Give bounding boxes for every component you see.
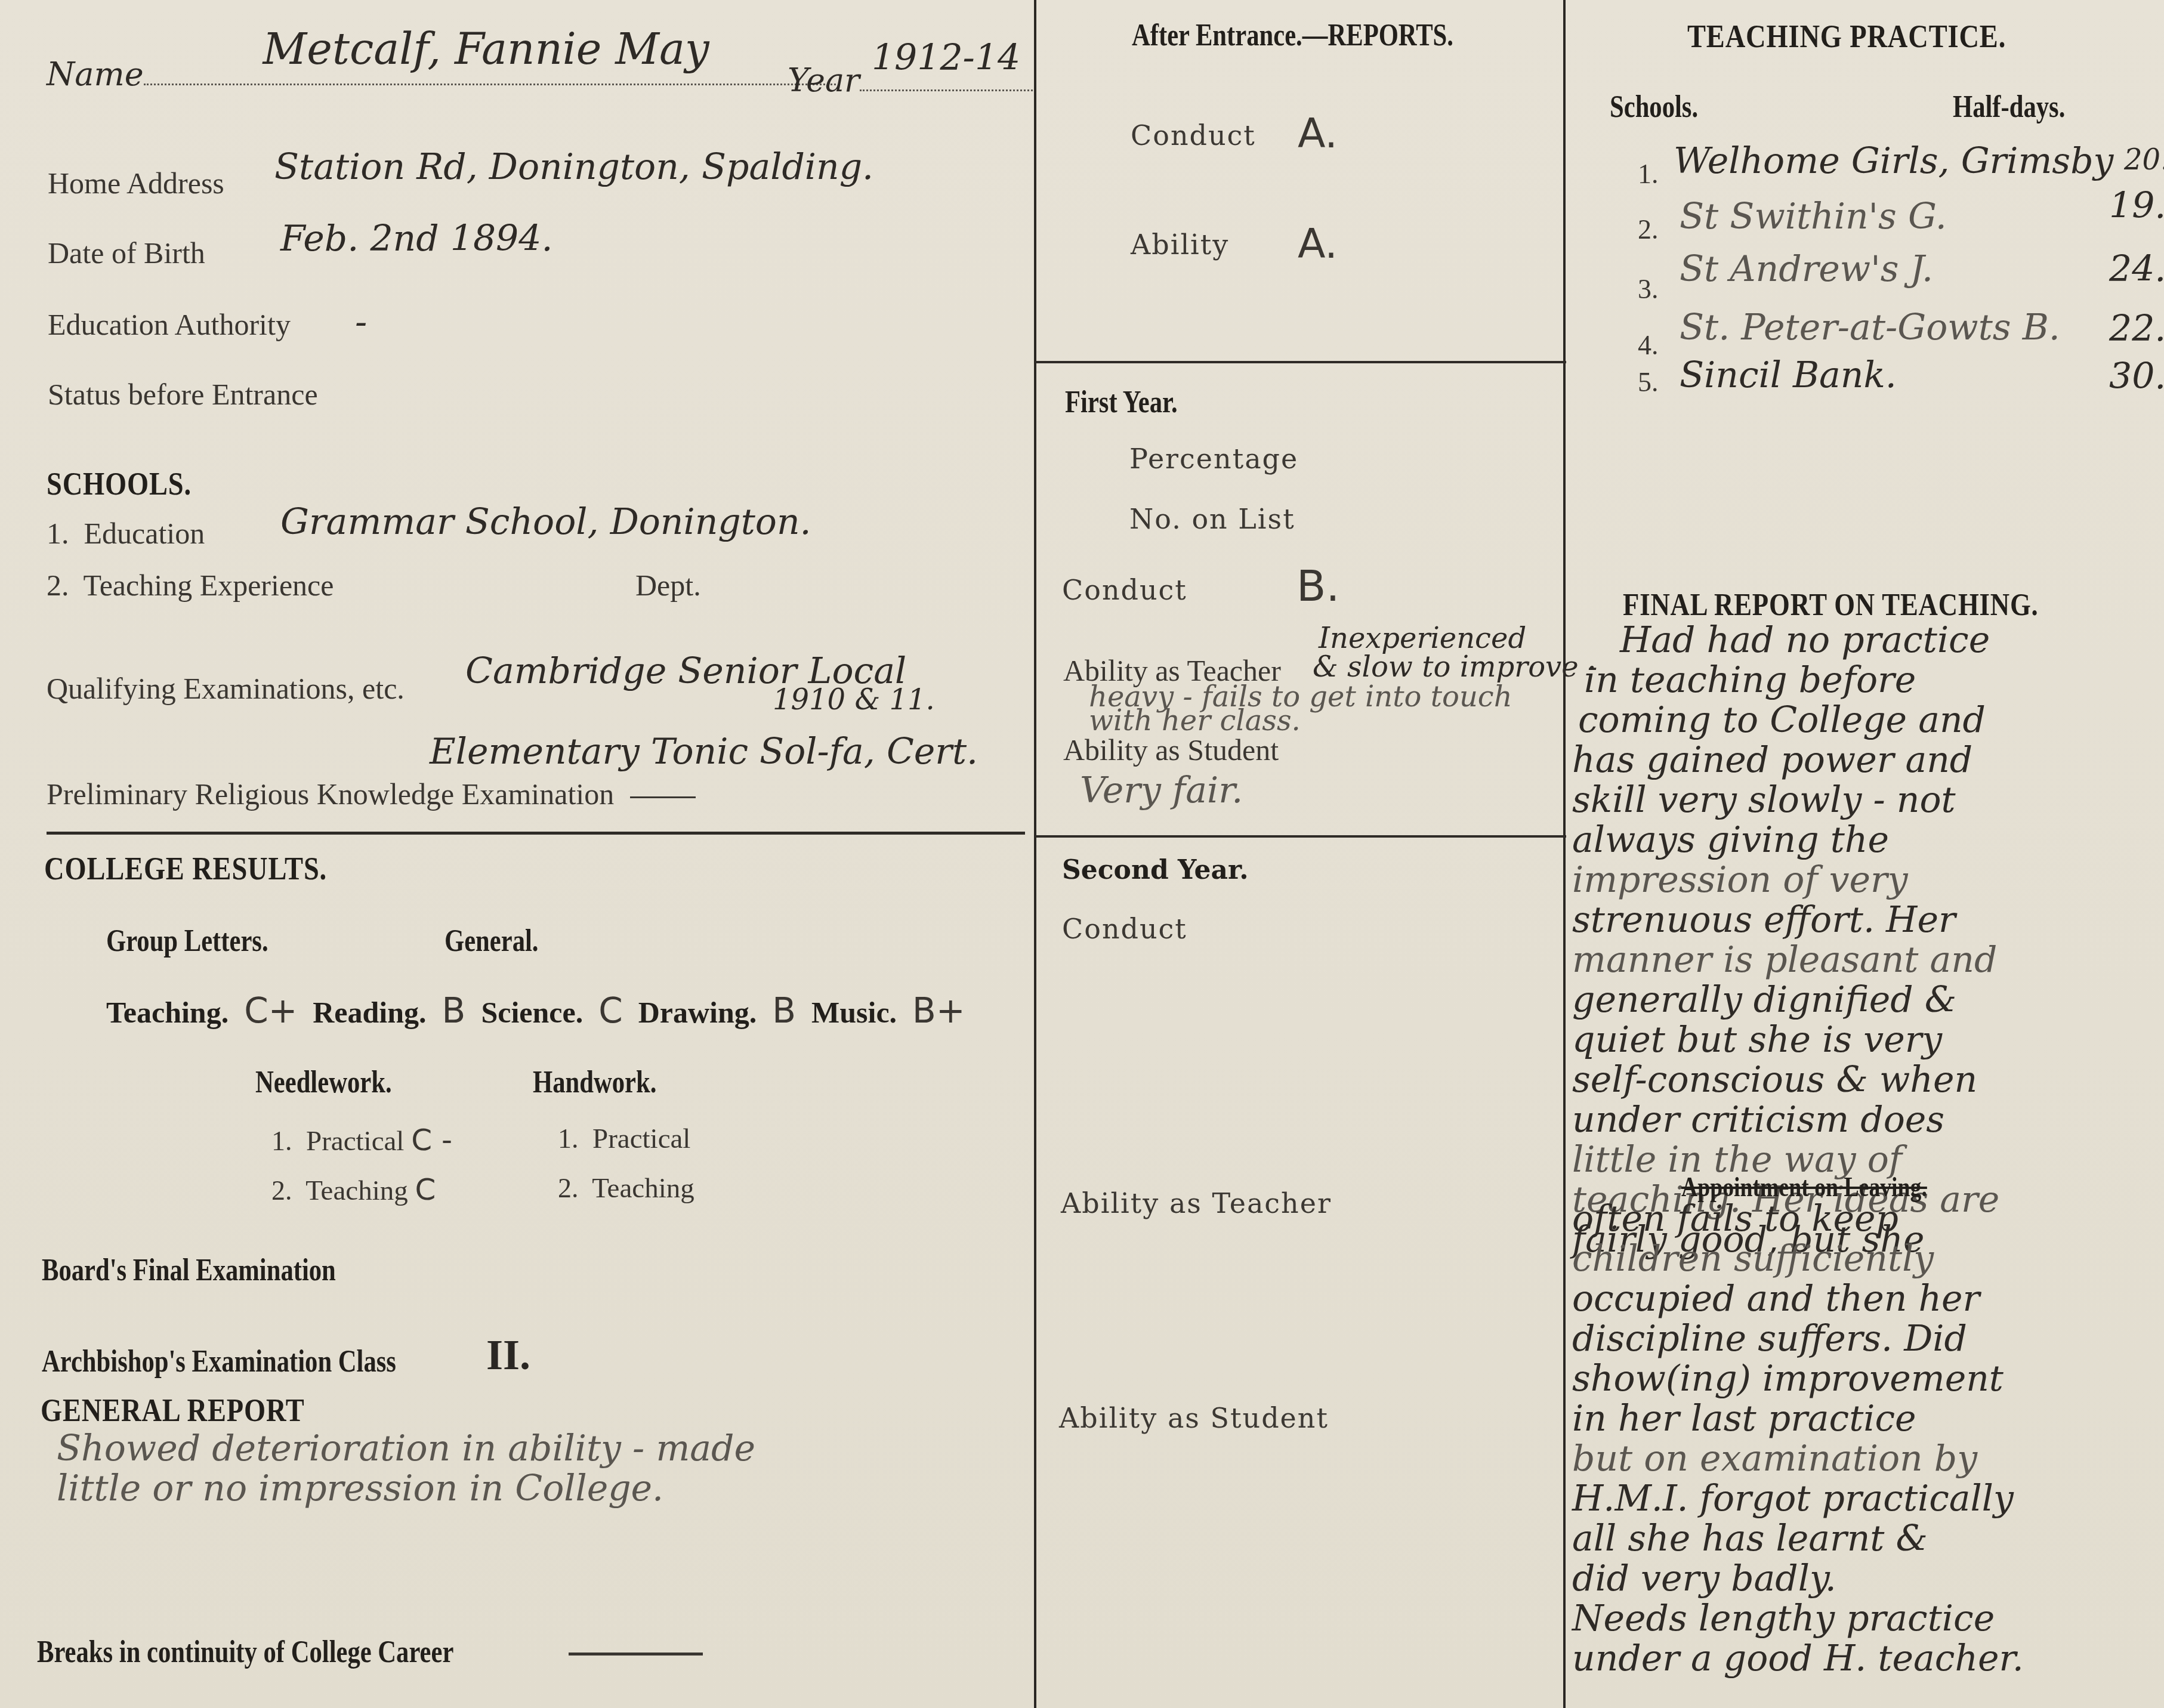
teaching-experience-row: 2. Teaching Experience: [47, 568, 334, 603]
record-card: NameMetcalf, Fannie May Year1912-14 Home…: [0, 0, 2164, 1708]
general-report-line-2: little or no impression in College.: [57, 1469, 755, 1509]
fy-student-value: Very fair.: [1080, 770, 1243, 811]
qualifying-value-1b: 1910 & 11.: [773, 683, 935, 716]
final-report-line: discipline suffers. Did: [1572, 1319, 2160, 1359]
needlework-practical-grade: C -: [411, 1123, 452, 1157]
needlework-teaching-grade: C: [415, 1172, 436, 1207]
teaching-experience-label: Teaching Experience: [84, 569, 334, 602]
needlework-teaching-label: Teaching: [305, 1175, 408, 1206]
sy-teacher-label: Ability as Teacher: [1061, 1187, 1332, 1219]
practice-school: Welhome Girls, Grimsby: [1674, 140, 2113, 182]
subject-teaching-grade: C+: [244, 990, 297, 1031]
final-report-line: in her last practice: [1572, 1399, 2160, 1439]
dept-label: Dept.: [635, 568, 701, 603]
sy-student-label: Ability as Student: [1059, 1402, 1329, 1434]
dob-value: Feb. 2nd 1894.: [280, 218, 552, 260]
practice-row: 5. Sincil Bank. 30.: [1638, 348, 2163, 396]
final-report-line: did very badly.: [1572, 1559, 2160, 1599]
home-address-label: Home Address: [48, 166, 224, 200]
final-report-line: always giving the: [1572, 820, 2160, 860]
practice-school: St. Peter-at-Gowts B.: [1680, 307, 2060, 348]
final-report-heading: FINAL REPORT ON TEACHING.: [1623, 588, 2039, 623]
practice-num: 5.: [1638, 366, 1659, 398]
subject-drawing-grade: B: [772, 990, 796, 1031]
final-report-line: self-conscious & when: [1572, 1060, 2160, 1100]
qualifying-value-2: Elementary Tonic Sol-fa, Cert.: [430, 731, 978, 773]
practice-half-days: 20.: [2124, 143, 2164, 177]
teaching-practice-heading: TEACHING PRACTICE.: [1687, 18, 2006, 55]
fy-teacher-value-1: & slow to improve -: [1313, 650, 1597, 684]
education-authority-label: Education Authority: [48, 307, 291, 342]
boards-final-label: Board's Final Examination: [42, 1253, 336, 1288]
religious-row: Preliminary Religious Knowledge Examinat…: [47, 777, 696, 811]
final-report-text-continued: often fails to keep children sufficientl…: [1572, 1199, 2160, 1679]
breaks-row: Breaks in continuity of College Career: [37, 1635, 453, 1670]
subject-grades-row: Teaching. C+ Reading. B Science. C Drawi…: [106, 990, 965, 1031]
needlework-practical-row: 1. Practical C -: [271, 1123, 452, 1157]
teaching-experience-num: 2.: [47, 569, 69, 602]
subject-drawing-label: Drawing.: [638, 995, 757, 1030]
final-report-line: in teaching before: [1572, 660, 2160, 700]
final-report-line: occupied and then her: [1572, 1279, 2160, 1319]
subject-music-grade: B+: [912, 990, 965, 1031]
practice-half-days: 22.: [2109, 308, 2164, 350]
group-letters-label: Group Letters.: [106, 924, 268, 959]
handwork-teaching-row: 2. Teaching: [558, 1172, 694, 1204]
needlework-teaching-num: 2.: [271, 1175, 292, 1206]
final-report-line: coming to College and: [1572, 700, 2160, 740]
practice-num: 2.: [1638, 214, 1659, 245]
handwork-practical-row: 1. Practical: [558, 1123, 690, 1155]
practice-row: 2. St Swithin's G. 19.: [1638, 196, 2163, 248]
education-row: 1. Education: [47, 516, 205, 551]
final-report-line: has gained power and: [1572, 740, 2160, 780]
left-section-divider: [47, 832, 1025, 835]
fy-conduct-value: B.: [1296, 561, 1339, 611]
entrance-conduct-value: A.: [1298, 110, 1338, 157]
practice-num: 1.: [1638, 158, 1659, 190]
name-label: Name: [47, 55, 144, 93]
subject-reading-label: Reading.: [313, 995, 426, 1030]
handwork-practical-label: Practical: [592, 1123, 690, 1154]
year-field: 1912-14: [860, 60, 1033, 91]
schools-heading: SCHOOLS.: [47, 465, 192, 502]
general-report-heading: GENERAL REPORT: [41, 1392, 305, 1429]
entrance-conduct-label: Conduct: [1131, 119, 1256, 152]
breaks-label: Breaks in continuity of College Career: [37, 1635, 453, 1669]
final-report-line: impression of very: [1572, 860, 2160, 900]
handwork-teaching-num: 2.: [558, 1173, 579, 1203]
final-report-line: but on examination by: [1572, 1439, 2160, 1479]
general-report-text: Showed deterioration in ability - made l…: [57, 1429, 755, 1509]
final-report-line: H.M.I. forgot practically: [1572, 1479, 2160, 1519]
practice-half-days: 24.: [2109, 248, 2164, 290]
handwork-practical-num: 1.: [558, 1123, 579, 1154]
subject-teaching-label: Teaching.: [106, 995, 229, 1030]
middle-divider-1: [1035, 361, 1566, 363]
year-row: Year1912-14: [788, 60, 1033, 99]
first-year-heading: First Year.: [1065, 385, 1178, 420]
practice-row: 1. Welhome Girls, Grimsby 20.: [1638, 143, 2163, 196]
middle-divider-2: [1035, 835, 1566, 838]
needlework-label: Needlework.: [255, 1065, 392, 1100]
subject-music-label: Music.: [811, 995, 897, 1030]
fy-conduct-label: Conduct: [1062, 574, 1187, 606]
practice-school: Sincil Bank.: [1680, 354, 1897, 396]
practice-half-days: 19.: [2109, 185, 2164, 227]
archbishop-value: II.: [486, 1330, 530, 1380]
schools-column-label: Schools.: [1610, 89, 1698, 125]
teaching-practice-list: 1. Welhome Girls, Grimsby 20. 2. St Swit…: [1638, 143, 2163, 396]
practice-row: 4. St. Peter-at-Gowts B. 22.: [1638, 301, 2163, 348]
religious-label: Preliminary Religious Knowledge Examinat…: [47, 777, 614, 811]
home-address-value: Station Rd, Donington, Spalding.: [274, 146, 873, 188]
practice-school: St Andrew's J.: [1680, 248, 1933, 290]
religious-dash: [630, 796, 696, 798]
final-report-line: quiet but she is very: [1572, 1020, 2160, 1060]
entrance-ability-label: Ability: [1131, 228, 1229, 261]
final-report-line: skill very slowly - not: [1572, 780, 2160, 820]
education-value: Grammar School, Donington.: [280, 501, 811, 543]
year-label: Year: [788, 61, 860, 99]
breaks-dash: [569, 1653, 703, 1656]
needlework-teaching-row: 2. Teaching C: [271, 1172, 436, 1207]
name-field: Metcalf, Fannie May: [144, 48, 836, 85]
needlework-practical-label: Practical: [306, 1126, 404, 1157]
practice-half-days: 30.: [2109, 356, 2164, 397]
final-report-line: all she has learnt &: [1572, 1519, 2160, 1559]
final-report-text: Had had no practice in teaching before c…: [1572, 620, 2160, 1260]
final-report-line: manner is pleasant and: [1572, 940, 2160, 980]
final-report-line: Had had no practice: [1572, 620, 2160, 660]
education-num: 1.: [47, 517, 69, 550]
subject-science-label: Science.: [481, 995, 583, 1030]
archbishop-label: Archbishop's Examination Class: [42, 1344, 396, 1379]
general-report-line-1: Showed deterioration in ability - made: [57, 1429, 755, 1469]
college-results-heading: COLLEGE RESULTS.: [44, 850, 327, 887]
dob-label: Date of Birth: [48, 236, 205, 270]
entrance-ability-value: A.: [1298, 221, 1338, 268]
subject-reading-grade: B: [442, 990, 466, 1031]
no-on-list-label: No. on List: [1129, 503, 1295, 535]
handwork-label: Handwork.: [533, 1065, 656, 1100]
education-authority-value: -: [355, 301, 367, 343]
final-report-line: often fails to keep: [1572, 1199, 2160, 1239]
year-value: 1912-14: [872, 37, 1020, 79]
reports-heading: After Entrance.—REPORTS.: [1132, 18, 1453, 53]
percentage-label: Percentage: [1129, 443, 1298, 475]
status-label: Status before Entrance: [48, 377, 318, 412]
practice-school: St Swithin's G.: [1680, 196, 1947, 237]
second-year-heading: Second Year.: [1062, 855, 1249, 885]
name-value: Metcalf, Fannie May: [263, 24, 709, 74]
handwork-teaching-label: Teaching: [592, 1173, 694, 1204]
final-report-line: children sufficiently: [1572, 1239, 2160, 1279]
half-days-column-label: Half-days.: [1953, 89, 2065, 125]
column-divider-right: [1563, 0, 1566, 1708]
sy-conduct-label: Conduct: [1062, 913, 1187, 945]
final-report-line: under a good H. teacher.: [1572, 1639, 2160, 1679]
final-report-line: show(ing) improvement: [1572, 1359, 2160, 1399]
column-divider-left: [1034, 0, 1036, 1708]
needlework-practical-num: 1.: [271, 1126, 292, 1156]
practice-row: 3. St Andrew's J. 24.: [1638, 248, 2163, 301]
general-label: General.: [444, 924, 538, 959]
education-label: Education: [84, 517, 205, 550]
name-row: NameMetcalf, Fannie May: [47, 48, 836, 93]
final-report-line: under criticism does: [1572, 1100, 2160, 1140]
fy-student-label: Ability as Student: [1063, 733, 1279, 767]
final-report-line: strenuous effort. Her: [1572, 900, 2160, 940]
qualifying-label: Qualifying Examinations, etc.: [47, 671, 405, 706]
final-report-line: generally dignified &: [1572, 980, 2160, 1020]
subject-science-grade: C: [598, 990, 623, 1031]
final-report-line: Needs lengthy practice: [1572, 1599, 2160, 1639]
